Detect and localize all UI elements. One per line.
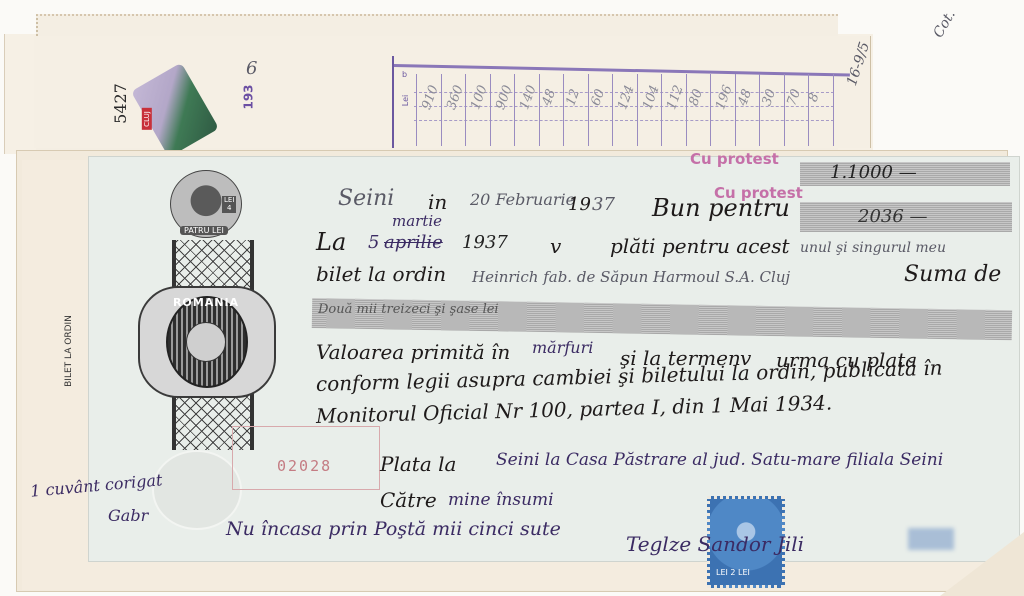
ledger-amount-cell: 70 xyxy=(784,87,804,108)
royal-crest-icon xyxy=(186,322,226,362)
emblem-value-label: PATRU LEI xyxy=(180,226,228,235)
v-mark: v xyxy=(550,234,561,258)
ledger-column-divider xyxy=(686,74,687,146)
side-label-container: BILET LA ORDIN xyxy=(60,300,76,410)
ledger-column-divider xyxy=(661,74,662,146)
year-written: 37 xyxy=(592,194,615,215)
margin-signature: Gabr xyxy=(108,506,148,525)
ledger-column-divider xyxy=(490,74,491,146)
ledger-column-divider xyxy=(441,74,442,146)
receipt-year-suffix: 6 xyxy=(246,58,257,79)
ledger-column-divider xyxy=(465,74,466,146)
ledger-column-divider xyxy=(759,74,760,146)
ledger-amount-cell: 12 xyxy=(563,87,583,108)
ledger-column-divider xyxy=(588,74,589,146)
ledger-header-lei: Lei xyxy=(401,95,410,106)
suma-label: Suma de xyxy=(904,262,1001,287)
ledger-amount-cell: 48 xyxy=(735,87,755,108)
receipt-serial-number: 5427 xyxy=(111,83,130,124)
plata-label: Plata la xyxy=(380,452,456,476)
side-label: BILET LA ORDIN xyxy=(64,296,74,406)
ledger-column-divider xyxy=(710,74,711,146)
plata-fill: Seini la Casa Păstrare al jud. Satu-mare… xyxy=(496,450,943,470)
bun-pentru-label: Bun pentru xyxy=(652,194,790,222)
ledger-amount-cell: 60 xyxy=(588,87,608,108)
signature: Teglze Sandor Jili xyxy=(626,532,804,556)
emblem-lei-value: LEI4 xyxy=(222,196,236,213)
ledger-column-divider xyxy=(833,74,834,146)
plati-label: plăti pentru acest xyxy=(610,234,790,258)
receipt-year-prefix: 193 xyxy=(242,84,256,109)
behind-amount: 1.1000 — xyxy=(830,162,917,183)
red-registration-stamp: 02028 xyxy=(232,426,380,490)
catre-label: Către xyxy=(380,488,437,512)
folded-corner xyxy=(940,532,1024,596)
ledger-amount-cell: 48 xyxy=(539,87,559,108)
ledger-column-divider xyxy=(637,74,638,146)
ledger-header-b: b xyxy=(402,70,407,79)
ledger-column-divider xyxy=(539,74,540,146)
ledger-column-divider xyxy=(735,74,736,146)
ledger-column-divider xyxy=(612,74,613,146)
ledger-column-divider xyxy=(416,74,417,146)
date-field: 20 Februarie xyxy=(470,190,575,209)
ledger-column-divider xyxy=(808,74,809,146)
ledger-column-divider xyxy=(563,74,564,146)
catre-fill: mine însumi xyxy=(448,490,554,510)
place-field: Seini xyxy=(338,186,394,211)
sum-words-field: Două mii treizeci şi şase lei xyxy=(318,302,499,317)
la-label: La xyxy=(316,228,346,256)
payee-field: Heinrich fab. de Săpun Harmoul S.A. Cluj xyxy=(472,268,790,286)
receipt-ledger-grid: Lei b 9103601009001404812601241041128019… xyxy=(392,56,842,148)
ledger-amount-cell: 80 xyxy=(686,87,706,108)
protest-stamp: Cu protest xyxy=(690,150,779,168)
valoarea-label: Valoarea primită în xyxy=(316,340,510,364)
valoarea-fill: mărfuri xyxy=(532,338,593,357)
amount-field: 2036 — xyxy=(858,206,928,227)
corner-mark: Cot. xyxy=(930,7,958,40)
in-label: in xyxy=(428,190,447,214)
ledger-column-divider xyxy=(514,74,515,146)
country-label: ROMANIA xyxy=(170,296,242,309)
due-year: 1937 xyxy=(462,232,508,253)
due-day: 5 xyxy=(368,232,379,253)
ledger-column-divider xyxy=(784,74,785,146)
due-month-struck: aprilie xyxy=(384,232,443,253)
bilet-label: bilet la ordin xyxy=(316,262,446,286)
due-month-corrected: martie xyxy=(392,212,442,230)
plati-fill: unul şi singurul meu xyxy=(800,240,946,256)
fiscal-stamp-value: LEI 2 LEI xyxy=(716,568,750,577)
red-stamp-number: 02028 xyxy=(277,457,332,475)
ledger-amount-cell: 30 xyxy=(759,87,779,108)
bottom-note: Nu încasa prin Poştă mii cinci sute xyxy=(226,518,561,540)
year-printed: 19 xyxy=(568,194,591,215)
cluj-label: CLUJ xyxy=(142,108,152,130)
